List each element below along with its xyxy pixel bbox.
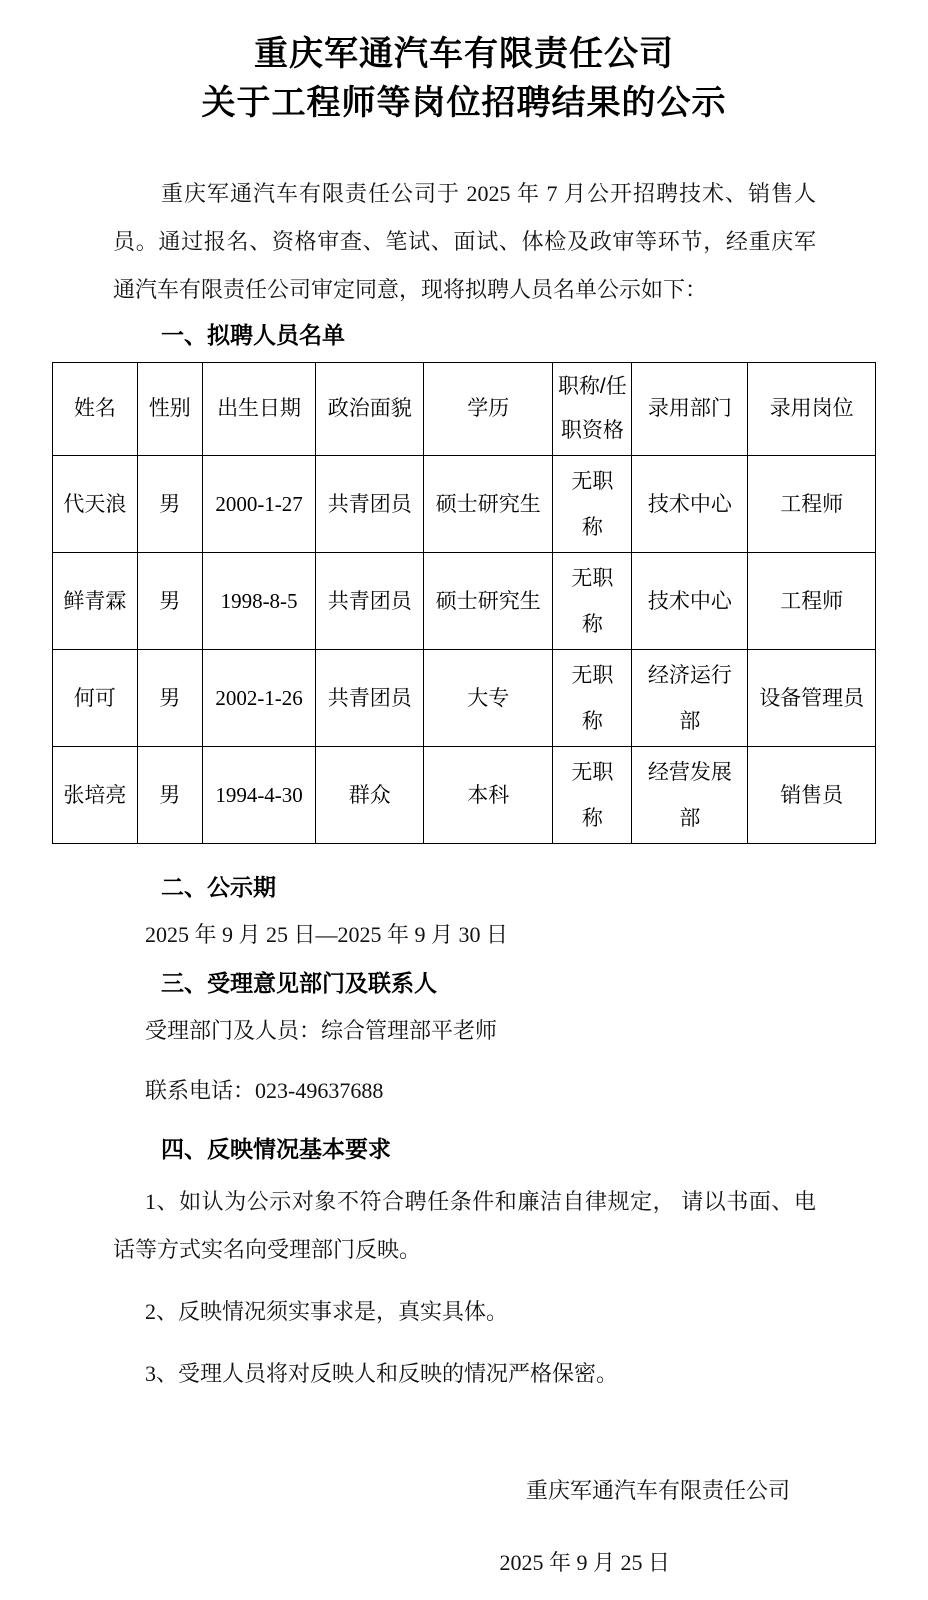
cell-education: 本科 <box>424 747 553 844</box>
document-title-line2: 关于工程师等岗位招聘结果的公示 <box>0 79 928 128</box>
cell-political-status: 共青团员 <box>316 456 424 553</box>
signature-block: 重庆军通汽车有限责任公司 2025 年 9 月 25 日 <box>0 1476 928 1578</box>
cell-birthdate: 1994-4-30 <box>202 747 316 844</box>
table-row: 代天浪 男 2000-1-27 共青团员 硕士研究生 无职 称 技术中心 工程师 <box>53 456 876 553</box>
contact-phone-line: 联系电话：023-49637688 <box>145 1076 816 1106</box>
cell-title-qualification: 无职 称 <box>553 650 632 747</box>
col-header-department: 录用部门 <box>632 363 748 456</box>
cell-gender: 男 <box>137 747 202 844</box>
cell-birthdate: 1998-8-5 <box>202 553 316 650</box>
cell-department: 经济运行 部 <box>632 650 748 747</box>
table-row: 鲜青霖 男 1998-8-5 共青团员 硕士研究生 无职 称 技术中心 工程师 <box>53 553 876 650</box>
requirement-item-2: 2、反映情况须实事求是，真实具体。 <box>113 1288 816 1336</box>
cell-education: 大专 <box>424 650 553 747</box>
cell-title-qualification: 无职 称 <box>553 456 632 553</box>
publicity-period: 2025 年 9 月 25 日—2025 年 9 月 30 日 <box>145 920 816 950</box>
table-row: 张培亮 男 1994-4-30 群众 本科 无职 称 经营发展 部 销售员 <box>53 747 876 844</box>
cell-gender: 男 <box>137 650 202 747</box>
cell-name: 鲜青霖 <box>53 553 138 650</box>
cell-position: 销售员 <box>748 747 876 844</box>
col-header-gender: 性别 <box>137 363 202 456</box>
cell-title-qualification: 无职 称 <box>553 747 632 844</box>
cell-political-status: 群众 <box>316 747 424 844</box>
cell-position: 工程师 <box>748 553 876 650</box>
cell-department: 技术中心 <box>632 553 748 650</box>
section3-heading: 三、受理意见部门及联系人 <box>161 966 816 1000</box>
cell-name: 何可 <box>53 650 138 747</box>
signature-date: 2025 年 9 月 25 日 <box>0 1548 928 1578</box>
cell-position: 设备管理员 <box>748 650 876 747</box>
cell-name: 代天浪 <box>53 456 138 553</box>
intro-paragraph: 重庆军通汽车有限责任公司于 2025 年 7 月公开招聘技术、销售人员。通过报名… <box>113 170 816 314</box>
document-title-line1: 重庆军通汽车有限责任公司 <box>0 30 928 79</box>
col-header-position: 录用岗位 <box>748 363 876 456</box>
cell-education: 硕士研究生 <box>424 456 553 553</box>
table-header-row: 姓名 性别 出生日期 政治面貌 学历 职称/任 职资格 录用部门 录用岗位 <box>53 363 876 456</box>
cell-position: 工程师 <box>748 456 876 553</box>
col-header-political-status: 政治面貌 <box>316 363 424 456</box>
cell-birthdate: 2000-1-27 <box>202 456 316 553</box>
col-header-birthdate: 出生日期 <box>202 363 316 456</box>
contact-department-line: 受理部门及人员：综合管理部平老师 <box>145 1016 816 1046</box>
cell-department: 技术中心 <box>632 456 748 553</box>
cell-title-qualification: 无职 称 <box>553 553 632 650</box>
document-title: 重庆军通汽车有限责任公司 关于工程师等岗位招聘结果的公示 <box>0 30 928 128</box>
cell-birthdate: 2002-1-26 <box>202 650 316 747</box>
cell-political-status: 共青团员 <box>316 553 424 650</box>
cell-name: 张培亮 <box>53 747 138 844</box>
cell-gender: 男 <box>137 553 202 650</box>
requirement-item-3: 3、受理人员将对反映人和反映的情况严格保密。 <box>113 1350 816 1398</box>
table-row: 何可 男 2002-1-26 共青团员 大专 无职 称 经济运行 部 设备管理员 <box>53 650 876 747</box>
cell-department: 经营发展 部 <box>632 747 748 844</box>
cell-political-status: 共青团员 <box>316 650 424 747</box>
section2-heading: 二、公示期 <box>161 870 816 904</box>
announcement-document: 重庆军通汽车有限责任公司 关于工程师等岗位招聘结果的公示 重庆军通汽车有限责任公… <box>0 0 928 1600</box>
cell-gender: 男 <box>137 456 202 553</box>
section4-heading: 四、反映情况基本要求 <box>161 1132 816 1166</box>
signature-company: 重庆军通汽车有限责任公司 <box>0 1476 928 1506</box>
personnel-table: 姓名 性别 出生日期 政治面貌 学历 职称/任 职资格 录用部门 录用岗位 代天… <box>52 362 876 844</box>
col-header-name: 姓名 <box>53 363 138 456</box>
section1-heading: 一、拟聘人员名单 <box>161 318 816 352</box>
requirement-item-1: 1、如认为公示对象不符合聘任条件和廉洁自律规定， 请以书面、电话等方式实名向受理… <box>113 1178 816 1274</box>
col-header-education: 学历 <box>424 363 553 456</box>
col-header-title-qualification: 职称/任 职资格 <box>553 363 632 456</box>
cell-education: 硕士研究生 <box>424 553 553 650</box>
